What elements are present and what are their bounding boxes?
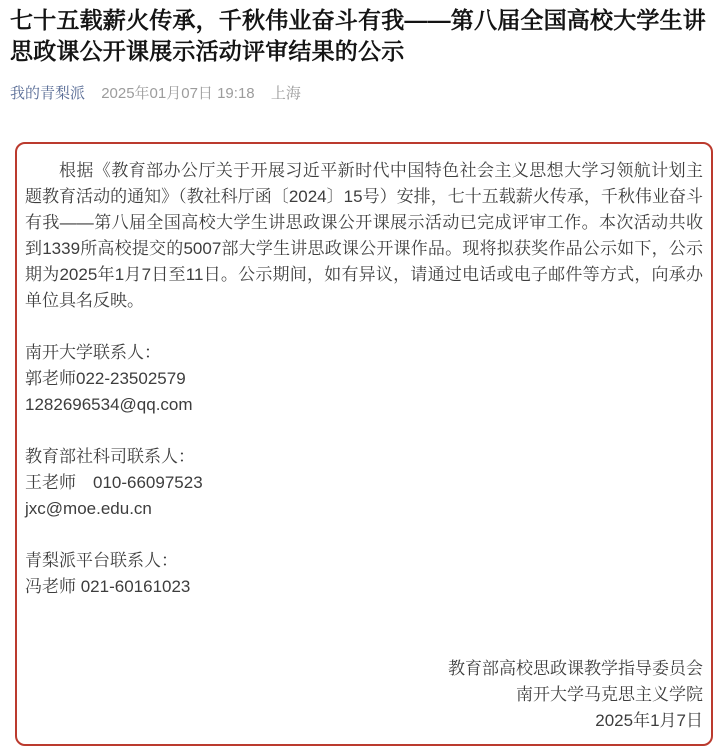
contact-title: 教育部社科司联系人： <box>25 444 703 470</box>
contact-block-nankai: 南开大学联系人： 郭老师022-23502579 1282696534@qq.c… <box>25 340 703 418</box>
contact-block-moe: 教育部社科司联系人： 王老师 010-66097523 jxc@moe.edu.… <box>25 444 703 522</box>
contact-phone: 郭老师022-23502579 <box>25 366 703 392</box>
publish-date: 2025年01月07日 19:18 <box>101 85 254 102</box>
notice-box: 根据《教育部办公厅关于开展习近平新时代中国特色社会主义思想大学习领航计划主题教育… <box>15 142 713 746</box>
contact-email: 1282696534@qq.com <box>25 392 703 418</box>
notice-paragraph: 根据《教育部办公厅关于开展习近平新时代中国特色社会主义思想大学习领航计划主题教育… <box>25 158 703 314</box>
contact-phone: 王老师 010-66097523 <box>25 470 703 496</box>
contact-title: 南开大学联系人： <box>25 340 703 366</box>
article-page: 七十五载薪火传承，千秋伟业奋斗有我——第八届全国高校大学生讲思政课公开课展示活动… <box>0 0 720 755</box>
signature-org-1: 教育部高校思政课教学指导委员会 <box>25 656 703 682</box>
contact-phone: 冯老师 021-60161023 <box>25 574 703 600</box>
contact-email: jxc@moe.edu.cn <box>25 496 703 522</box>
signature-date: 2025年1月7日 <box>25 708 703 734</box>
contact-block-qinglipai: 青梨派平台联系人： 冯老师 021-60161023 <box>25 548 703 600</box>
byline: 我的青梨派 2025年01月07日 19:18 上海 <box>10 84 710 104</box>
contact-title: 青梨派平台联系人： <box>25 548 703 574</box>
signature-block: 教育部高校思政课教学指导委员会 南开大学马克思主义学院 2025年1月7日 <box>25 656 703 734</box>
author-link[interactable]: 我的青梨派 <box>10 85 85 102</box>
publish-location: 上海 <box>271 85 301 102</box>
signature-org-2: 南开大学马克思主义学院 <box>25 682 703 708</box>
page-title: 七十五载薪火传承，千秋伟业奋斗有我——第八届全国高校大学生讲思政课公开课展示活动… <box>10 5 710 67</box>
